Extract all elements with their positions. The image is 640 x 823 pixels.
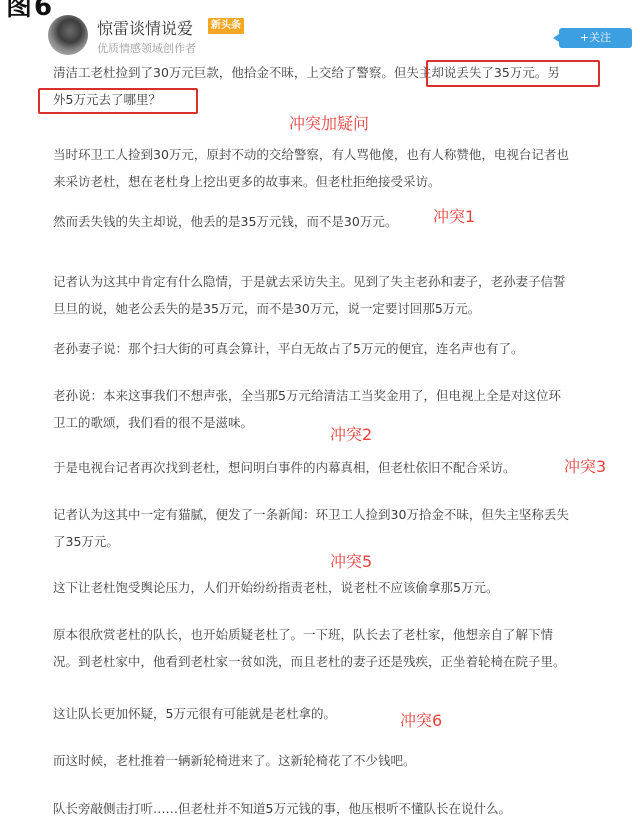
paragraph-line: 原本很欣赏老杜的队长，也开始质疑老杜了。一下班，队长去了老杜家，他想亲自了解下情 [53, 621, 633, 648]
paragraph-line: 旦旦的说，她老公丢失的是35万元，而不是30万元，说一定要讨回那5万元。 [53, 295, 633, 322]
paragraph: 于是电视台记者再次找到老杜，想问明白事件的内幕真相，但老杜依旧不配合采访。 [53, 454, 633, 481]
paragraph: 队长旁敲侧击打听……但老杜并不知道5万元钱的事，他压根听不懂队长在说什么。 [53, 795, 633, 822]
paragraph: 这下让老杜饱受舆论压力，人们开始纷纷指责老杜，说老杜不应该偷拿那5万元。 [53, 574, 633, 601]
annotation-conflict-3: 冲突3 [564, 454, 606, 477]
author-badge: 新头条 [208, 18, 244, 34]
annotation-conflict-5: 冲突5 [330, 549, 372, 572]
highlight-box [426, 60, 600, 87]
paragraph-line: 记者认为这其中一定有猫腻，便发了一条新闻：环卫工人捡到30万拾金不昧，但失主坚称… [53, 501, 633, 528]
follow-button[interactable]: +关注 [559, 28, 632, 48]
paragraph-line: 老孙说：本来这事我们不想声张，全当那5万元给清洁工当奖金用了，但电视上全是对这位… [53, 382, 633, 409]
paragraph-line: 这让队长更加怀疑，5万元很有可能就是老杜拿的。 [53, 700, 633, 727]
paragraph: 而这时候，老杜推着一辆新轮椅进来了。这新轮椅花了不少钱吧。 [53, 747, 633, 774]
paragraph: 记者认为这其中肯定有什么隐情，于是就去采访失主。见到了失主老孙和妻子，老孙妻子信… [53, 268, 633, 322]
paragraph-line: 这下让老杜饱受舆论压力，人们开始纷纷指责老杜，说老杜不应该偷拿那5万元。 [53, 574, 633, 601]
paragraph-line: 记者认为这其中肯定有什么隐情，于是就去采访失主。见到了失主老孙和妻子，老孙妻子信… [53, 268, 633, 295]
highlight-box [38, 88, 198, 114]
paragraph-line: 来采访老杜，想在老杜身上挖出更多的故事来。但老杜拒绝接受采访。 [53, 168, 633, 195]
annotation-conflict-2: 冲突2 [330, 422, 372, 445]
paragraph: 然而丢失钱的失主却说，他丢的是35万元钱，而不是30万元。 [53, 208, 633, 235]
annotation-conflict-question: 冲突加疑问 [289, 111, 369, 134]
annotation-conflict-6: 冲突6 [400, 708, 442, 731]
author-header: 惊雷谈情说爱 新头条 优质情感领域创作者 +关注 [48, 15, 638, 59]
paragraph: 老孙妻子说：那个扫大街的可真会算计，平白无故占了5万元的便宜，连名声也有了。 [53, 335, 633, 362]
author-name[interactable]: 惊雷谈情说爱 [97, 16, 193, 39]
avatar[interactable] [48, 15, 88, 55]
figure-label: 图6 [6, 0, 54, 23]
paragraph-line: 然而丢失钱的失主却说，他丢的是35万元钱，而不是30万元。 [53, 208, 633, 235]
paragraph-line: 况。到老杜家中，他看到老杜家一贫如洗，而且老杜的妻子还是残疾，正坐着轮椅在院子里… [53, 648, 633, 675]
paragraph: 原本很欣赏老杜的队长，也开始质疑老杜了。一下班，队长去了老杜家，他想亲自了解下情… [53, 621, 633, 675]
paragraph: 记者认为这其中一定有猫腻，便发了一条新闻：环卫工人捡到30万拾金不昧，但失主坚称… [53, 501, 633, 555]
paragraph-line: 于是电视台记者再次找到老杜，想问明白事件的内幕真相，但老杜依旧不配合采访。 [53, 454, 633, 481]
author-description: 优质情感领域创作者 [97, 40, 196, 56]
paragraph: 当时环卫工人捡到30万元，原封不动的交给警察，有人骂他傻，也有人称赞他，电视台记… [53, 141, 633, 195]
paragraph-line: 老孙妻子说：那个扫大街的可真会算计，平白无故占了5万元的便宜，连名声也有了。 [53, 335, 633, 362]
annotation-conflict-1: 冲突1 [433, 204, 475, 227]
paragraph-line: 队长旁敲侧击打听……但老杜并不知道5万元钱的事，他压根听不懂队长在说什么。 [53, 795, 633, 822]
paragraph-line: 当时环卫工人捡到30万元，原封不动的交给警察，有人骂他傻，也有人称赞他，电视台记… [53, 141, 633, 168]
paragraph-line: 而这时候，老杜推着一辆新轮椅进来了。这新轮椅花了不少钱吧。 [53, 747, 633, 774]
paragraph: 这让队长更加怀疑，5万元很有可能就是老杜拿的。 [53, 700, 633, 727]
